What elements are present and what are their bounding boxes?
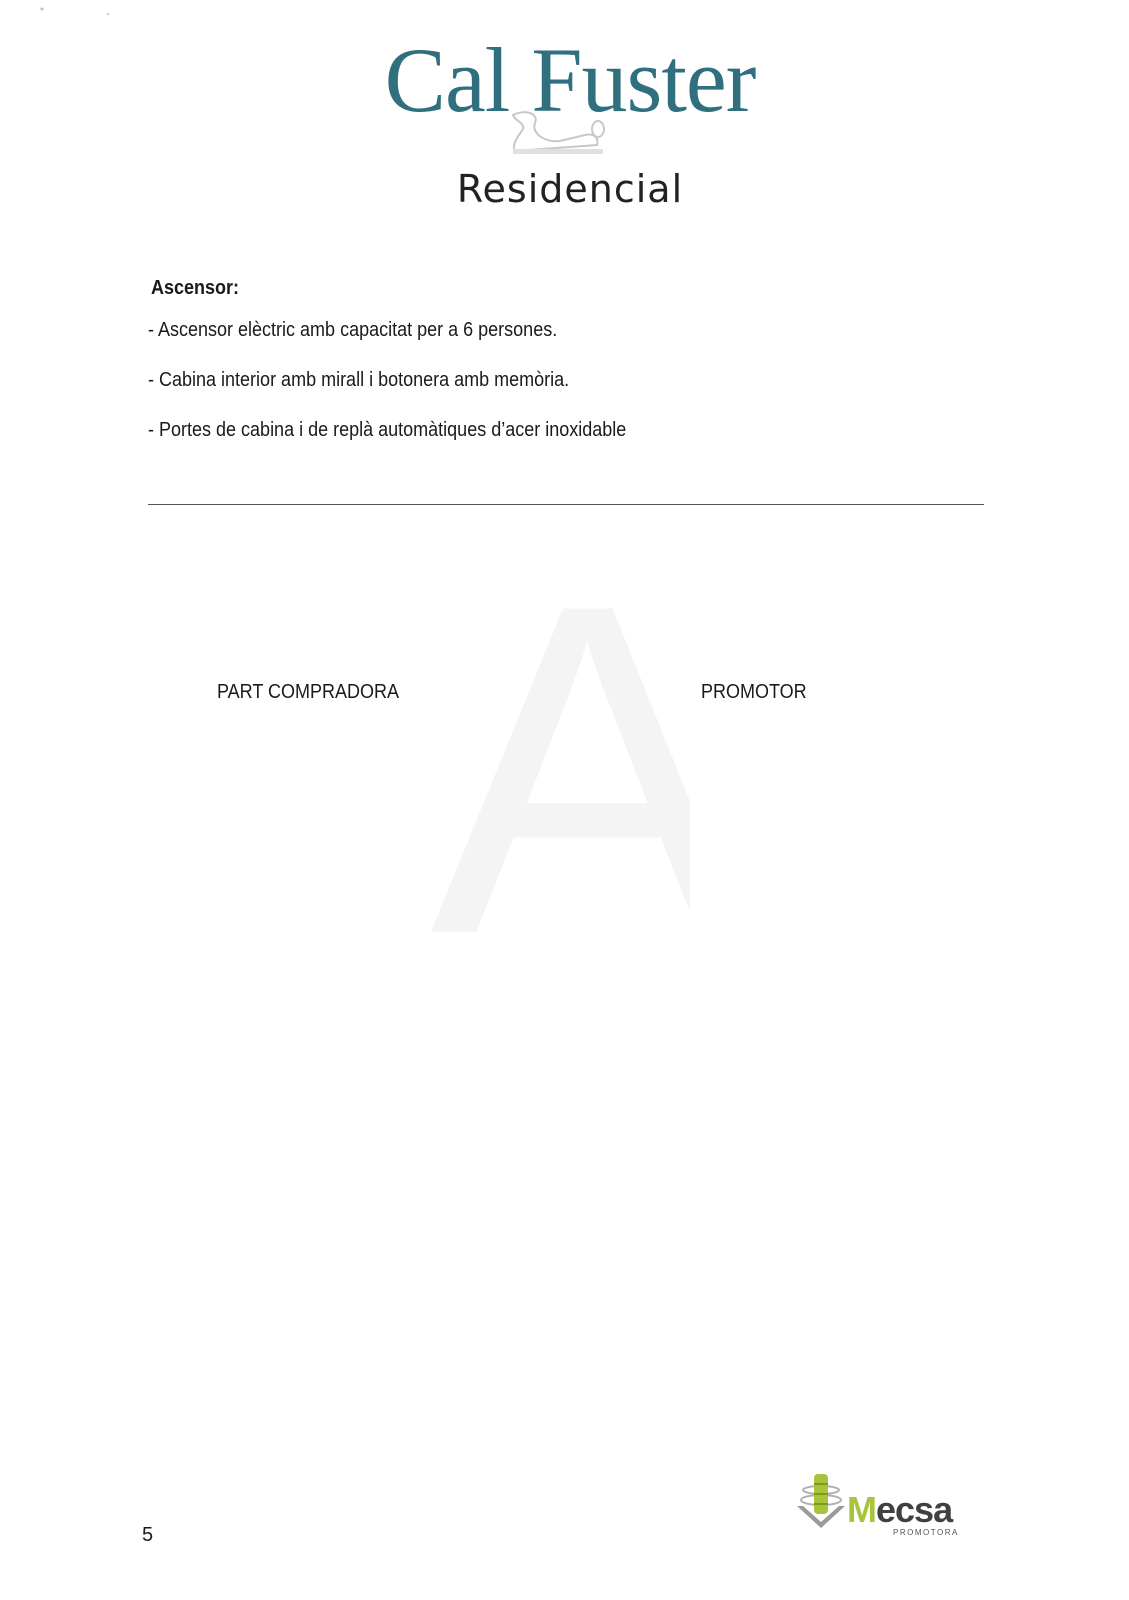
section-heading: Ascensor: (151, 276, 239, 300)
buyer-signature-label: PART COMPRADORA (217, 680, 399, 704)
spec-list: - Ascensor elèctric amb capacitat per a … (148, 318, 679, 468)
company-name: Mecsa (847, 1492, 952, 1528)
company-name-initial: M (847, 1489, 876, 1530)
page-number: 5 (142, 1523, 153, 1547)
company-name-rest: ecsa (876, 1489, 952, 1530)
promoter-signature-label: PROMOTOR (701, 680, 807, 704)
section-divider (148, 504, 984, 505)
spec-item: - Cabina interior amb mirall i botonera … (148, 368, 626, 418)
scan-artifact (0, 0, 150, 40)
company-logo: Mecsa PROMOTORA (795, 1470, 975, 1540)
hand-plane-icon (505, 105, 615, 160)
logo-subtitle: Residencial (380, 164, 760, 214)
spec-item: - Portes de cabina i de replà automàtiqu… (148, 418, 626, 468)
company-tagline: PROMOTORA (893, 1528, 959, 1538)
building-logo-icon (795, 1470, 847, 1532)
watermark-letter: A (430, 590, 690, 950)
spec-item: - Ascensor elèctric amb capacitat per a … (148, 318, 626, 368)
document-page: A Cal Fuster Residencial Ascensor: - Asc… (0, 0, 1129, 1600)
